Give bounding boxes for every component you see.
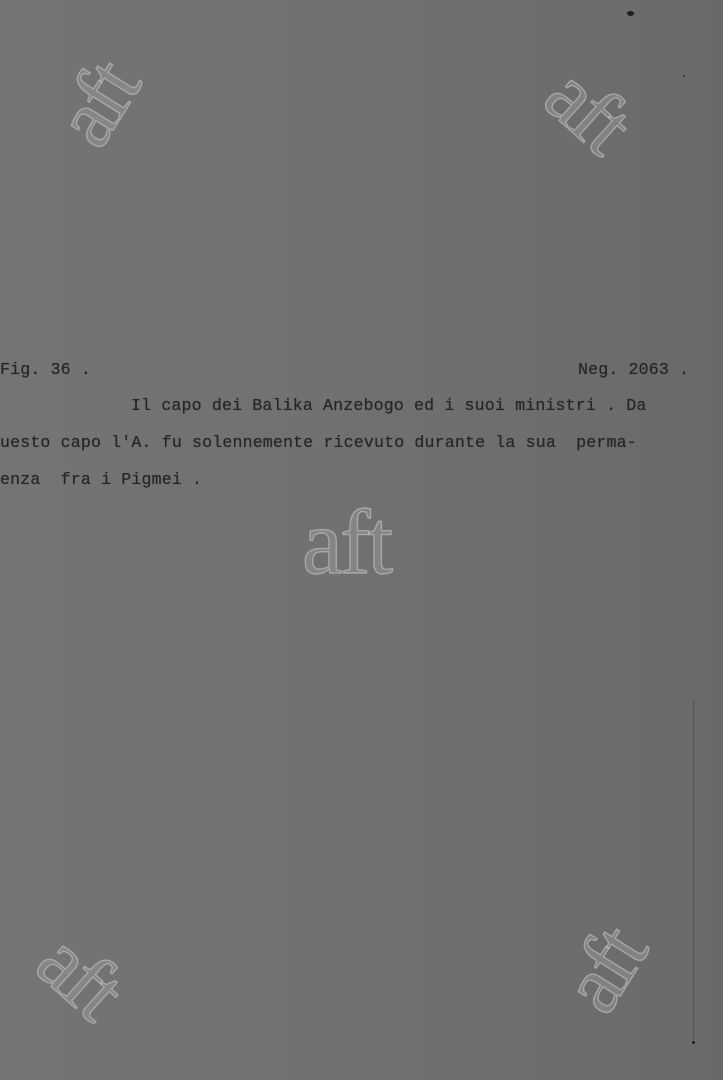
watermark-top-right: aft xyxy=(530,52,645,168)
watermark-center: aft xyxy=(302,496,390,588)
caption-line: uesto capo l'A. fu solennemente ricevuto… xyxy=(0,433,637,453)
watermark-bottom-left: aft xyxy=(22,918,137,1034)
watermark-top-left: aft xyxy=(41,48,154,160)
ink-speck xyxy=(683,75,685,77)
scanned-document-page: aft aft aft aft aft Fig. 36 . Neg. 2063 … xyxy=(0,0,723,1080)
negative-number: Neg. 2063 . xyxy=(578,360,689,380)
watermark-bottom-right: aft xyxy=(548,914,661,1026)
ink-speck xyxy=(692,1041,695,1044)
caption-line: Il capo dei Balika Anzebogo ed i suoi mi… xyxy=(131,396,647,416)
caption-line: enza fra i Pigmei . xyxy=(0,470,202,490)
scan-edge-line xyxy=(693,700,694,1040)
figure-label: Fig. 36 . xyxy=(0,360,91,380)
ink-speck xyxy=(627,11,634,16)
